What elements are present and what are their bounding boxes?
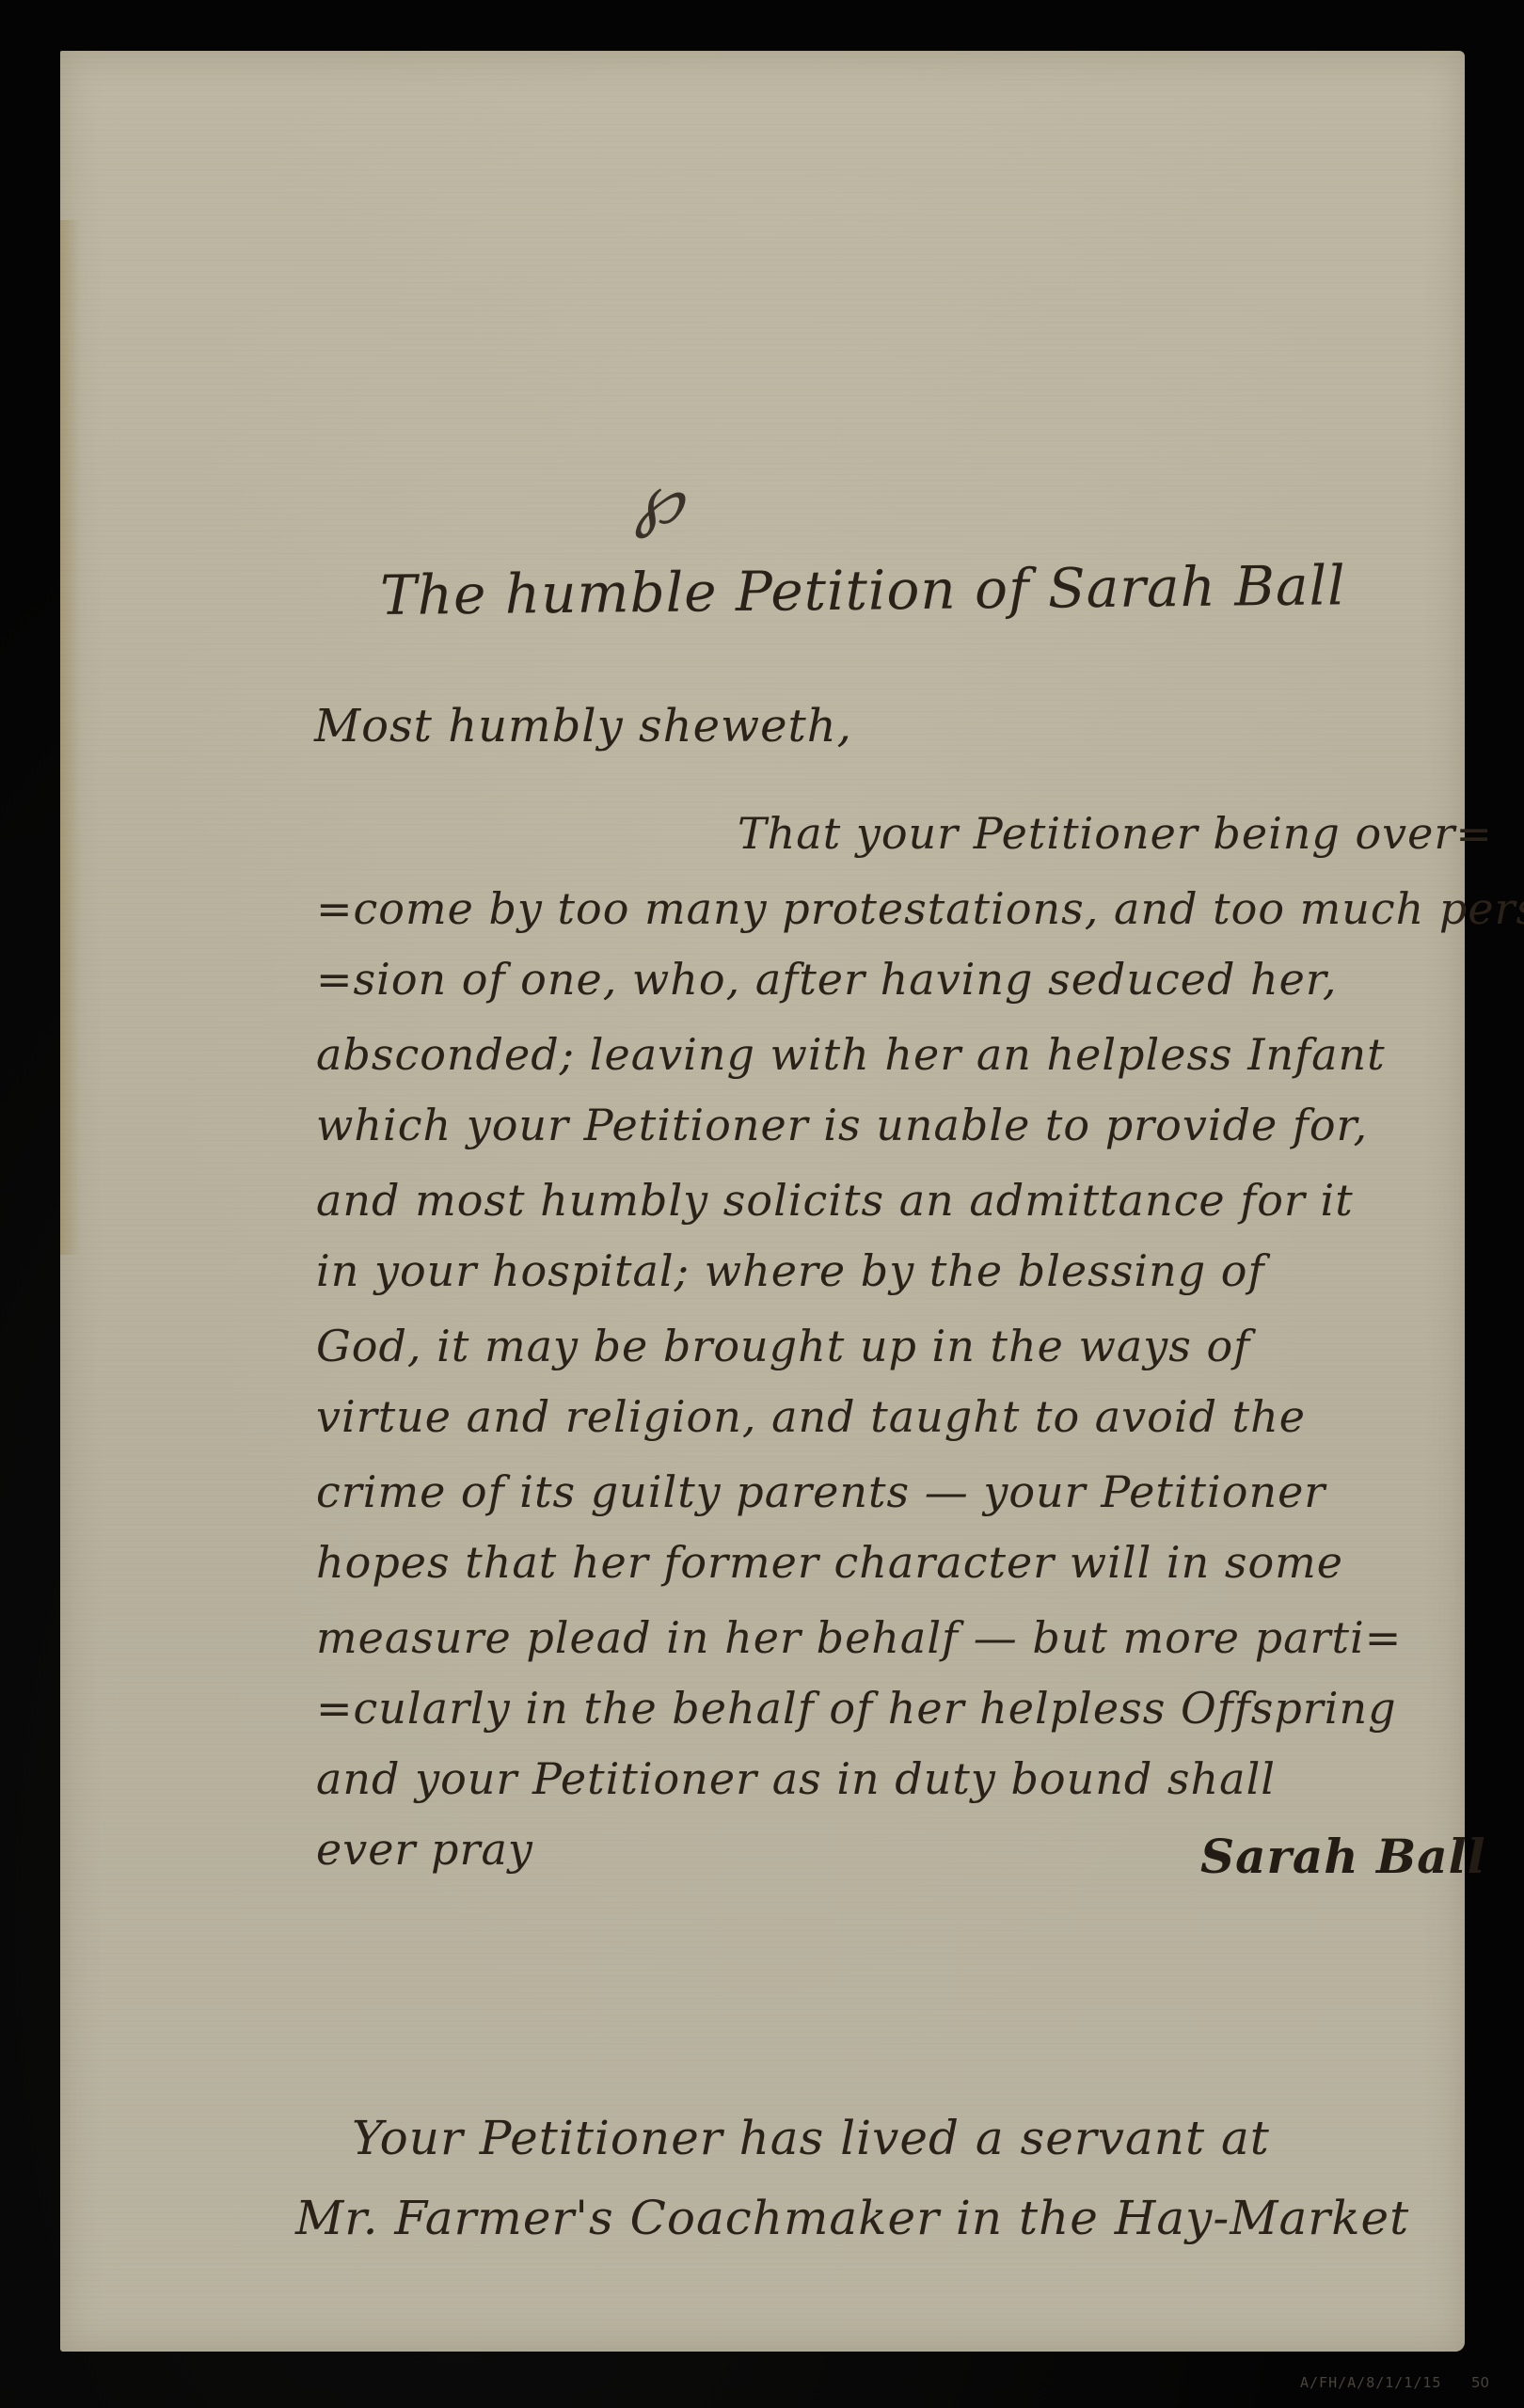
body-line-13: =cularly in the behalf of her helpless O… — [316, 1683, 1397, 1734]
archive-reference-label: A/FH/A/8/1/1/15 — [1300, 2374, 1441, 2391]
body-line-2: =come by too many protestations, and too… — [316, 883, 1524, 934]
archive-page-number: 50 — [1471, 2374, 1489, 2391]
body-line-9: virtue and religion, and taught to avoid… — [316, 1391, 1306, 1442]
paragraph-flourish-mark: ℘ — [634, 465, 683, 534]
salutation: Most humbly sheweth, — [314, 700, 852, 752]
postscript-line-1: Your Petitioner has lived a servant at — [352, 2111, 1270, 2165]
body-line-3: =sion of one, who, after having seduced … — [316, 954, 1337, 1005]
body-line-15: ever pray — [316, 1824, 533, 1875]
manuscript-page: ℘ The humble Petition of Sarah Ball Most… — [60, 51, 1465, 2352]
body-line-5: which your Petitioner is unable to provi… — [316, 1100, 1368, 1150]
body-line-1: That your Petitioner being over= — [738, 808, 1493, 859]
body-line-4: absconded; leaving with her an helpless … — [316, 1029, 1386, 1080]
body-line-10: crime of its guilty parents — your Petit… — [316, 1466, 1326, 1517]
signature: Sarah Ball — [1200, 1829, 1486, 1884]
body-line-8: God, it may be brought up in the ways of — [316, 1321, 1250, 1371]
body-line-7: in your hospital; where by the blessing … — [316, 1245, 1265, 1296]
body-line-11: hopes that her former character will in … — [316, 1537, 1343, 1588]
petition-heading: The humble Petition of Sarah Ball — [380, 553, 1346, 627]
postscript-line-2: Mr. Farmer's Coachmaker in the Hay-Marke… — [295, 2191, 1409, 2245]
body-line-6: and most humbly solicits an admittance f… — [316, 1175, 1354, 1226]
body-line-14: and your Petitioner as in duty bound sha… — [316, 1753, 1276, 1804]
body-line-12: measure plead in her behalf — but more p… — [316, 1612, 1402, 1663]
